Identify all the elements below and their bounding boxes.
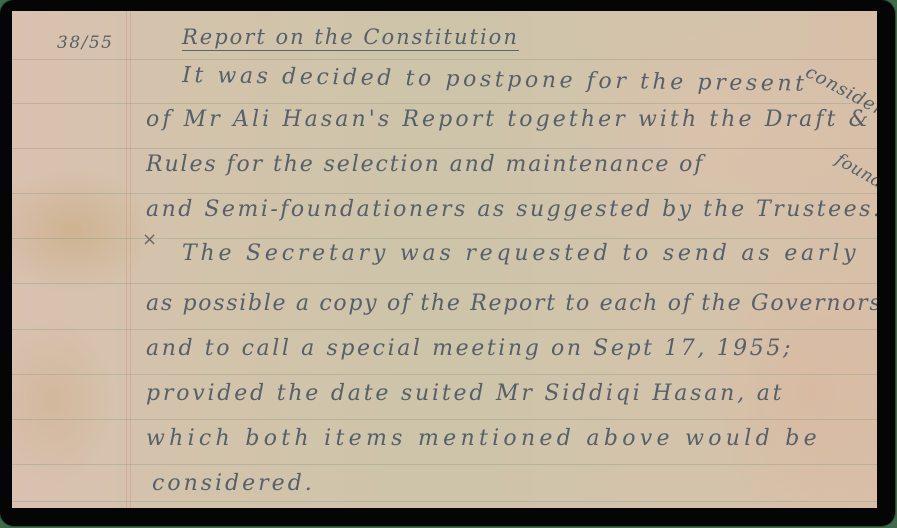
- ruled-line: [12, 329, 877, 330]
- cross-mark-icon: ×: [142, 229, 157, 250]
- ruled-line: [12, 464, 877, 465]
- text-line-10: considered.: [152, 471, 315, 496]
- ruled-line: [12, 501, 877, 502]
- ruled-line: [12, 103, 877, 104]
- notebook-page: 38/55 Report on the Constitution It was …: [12, 11, 877, 508]
- ruled-line: [12, 283, 877, 284]
- margin-line: [126, 11, 127, 508]
- text-line-2-body: of Mr Ali Hasan's Report together with t…: [146, 107, 839, 132]
- text-line-7: and to call a special meeting on Sept 17…: [146, 336, 793, 361]
- text-line-9: which both items mentioned above would b…: [146, 426, 821, 451]
- heading: Report on the Constitution: [182, 25, 519, 51]
- ruled-line: [12, 148, 877, 149]
- margin-reference: 38/55: [57, 33, 114, 53]
- text-line-6-body: as possible a copy of the Report to each…: [146, 291, 742, 316]
- margin-line: [130, 11, 131, 508]
- text-line-3: Rules for the selection and maintenance …: [146, 152, 704, 177]
- text-line-4: and Semi-foundationers as suggested by t…: [146, 197, 877, 222]
- text-line-5: The Secretary was requested to send as e…: [182, 241, 859, 266]
- text-line-6-overflow: Governors: [751, 291, 877, 316]
- ruled-line: [12, 193, 877, 194]
- ruled-line: [12, 419, 877, 420]
- ruled-line: [12, 59, 877, 60]
- text-line-8: provided the date suited Mr Siddiqi Hasa…: [146, 381, 784, 406]
- text-line-1: It was decided to postpone for the prese…: [182, 63, 808, 97]
- ruled-line: [12, 374, 877, 375]
- text-line-2-overflow: &: [849, 107, 872, 132]
- text-line-6: as possible a copy of the Report to each…: [146, 291, 877, 316]
- text-line-2: of Mr Ali Hasan's Report together with t…: [146, 107, 871, 132]
